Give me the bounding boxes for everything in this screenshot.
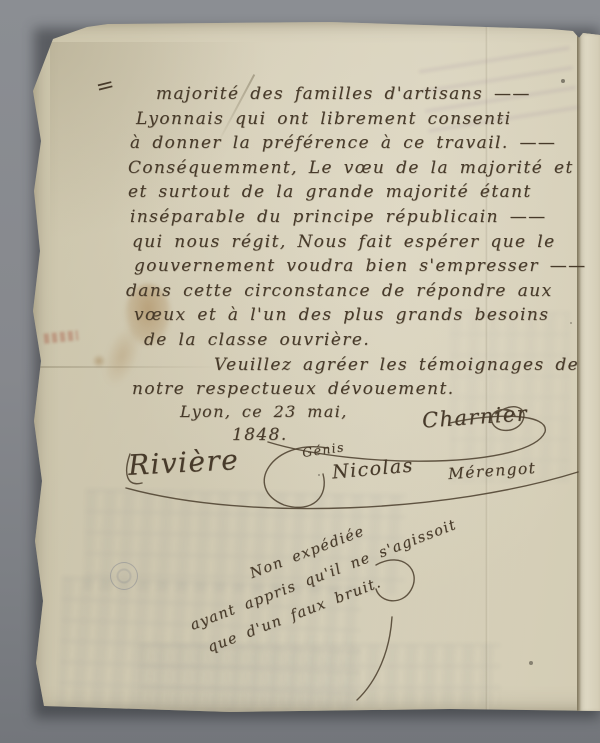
signature-nicolas: Nicolas: [331, 454, 414, 483]
manuscript-line: dans cette circonstance de répondre aux: [126, 279, 586, 304]
red-ink-trace: [44, 330, 79, 343]
manuscript-line: gouvernement voudra bien s'empresser ——: [134, 254, 586, 279]
bleedthrough-text: [140, 644, 500, 706]
manuscript-page: = majorité des familles d'artisans —— Ly…: [30, 22, 600, 713]
letter-body: majorité des familles d'artisans —— Lyon…: [126, 82, 586, 402]
manuscript-line: qui nous régit, Nous fait espérer que le: [132, 230, 586, 255]
manuscript-line: Veuillez agréer les témoignages de: [214, 353, 586, 378]
manuscript-line: notre respectueux dévouement.: [132, 377, 586, 402]
manuscript-line: Conséquemment, Le vœu de la majorité et: [128, 156, 586, 181]
stain-spot: [92, 354, 106, 368]
scan-background: = majorité des familles d'artisans —— Ly…: [0, 0, 600, 743]
signature-genis: Génis: [301, 439, 346, 460]
manuscript-line: inséparable du principe républicain ——: [130, 205, 586, 230]
manuscript-line: à donner la préférence à ce travail. ——: [130, 131, 586, 156]
manuscript-line: et surtout de la grande majorité étant: [128, 180, 586, 205]
dust-specks: [30, 22, 32, 24]
manuscript-line: majorité des familles d'artisans ——: [156, 82, 586, 107]
dateline-year: 1848.: [232, 425, 288, 445]
manuscript-line: Lyonnais qui ont librement consenti: [136, 107, 586, 132]
dateline-place: Lyon, ce 23 mai,: [180, 402, 348, 421]
manuscript-line: de la classe ouvrière.: [144, 328, 586, 353]
manuscript-line: vœux et à l'un des plus grands besoins: [134, 303, 586, 328]
signature-riviere: Rivière: [127, 443, 240, 482]
